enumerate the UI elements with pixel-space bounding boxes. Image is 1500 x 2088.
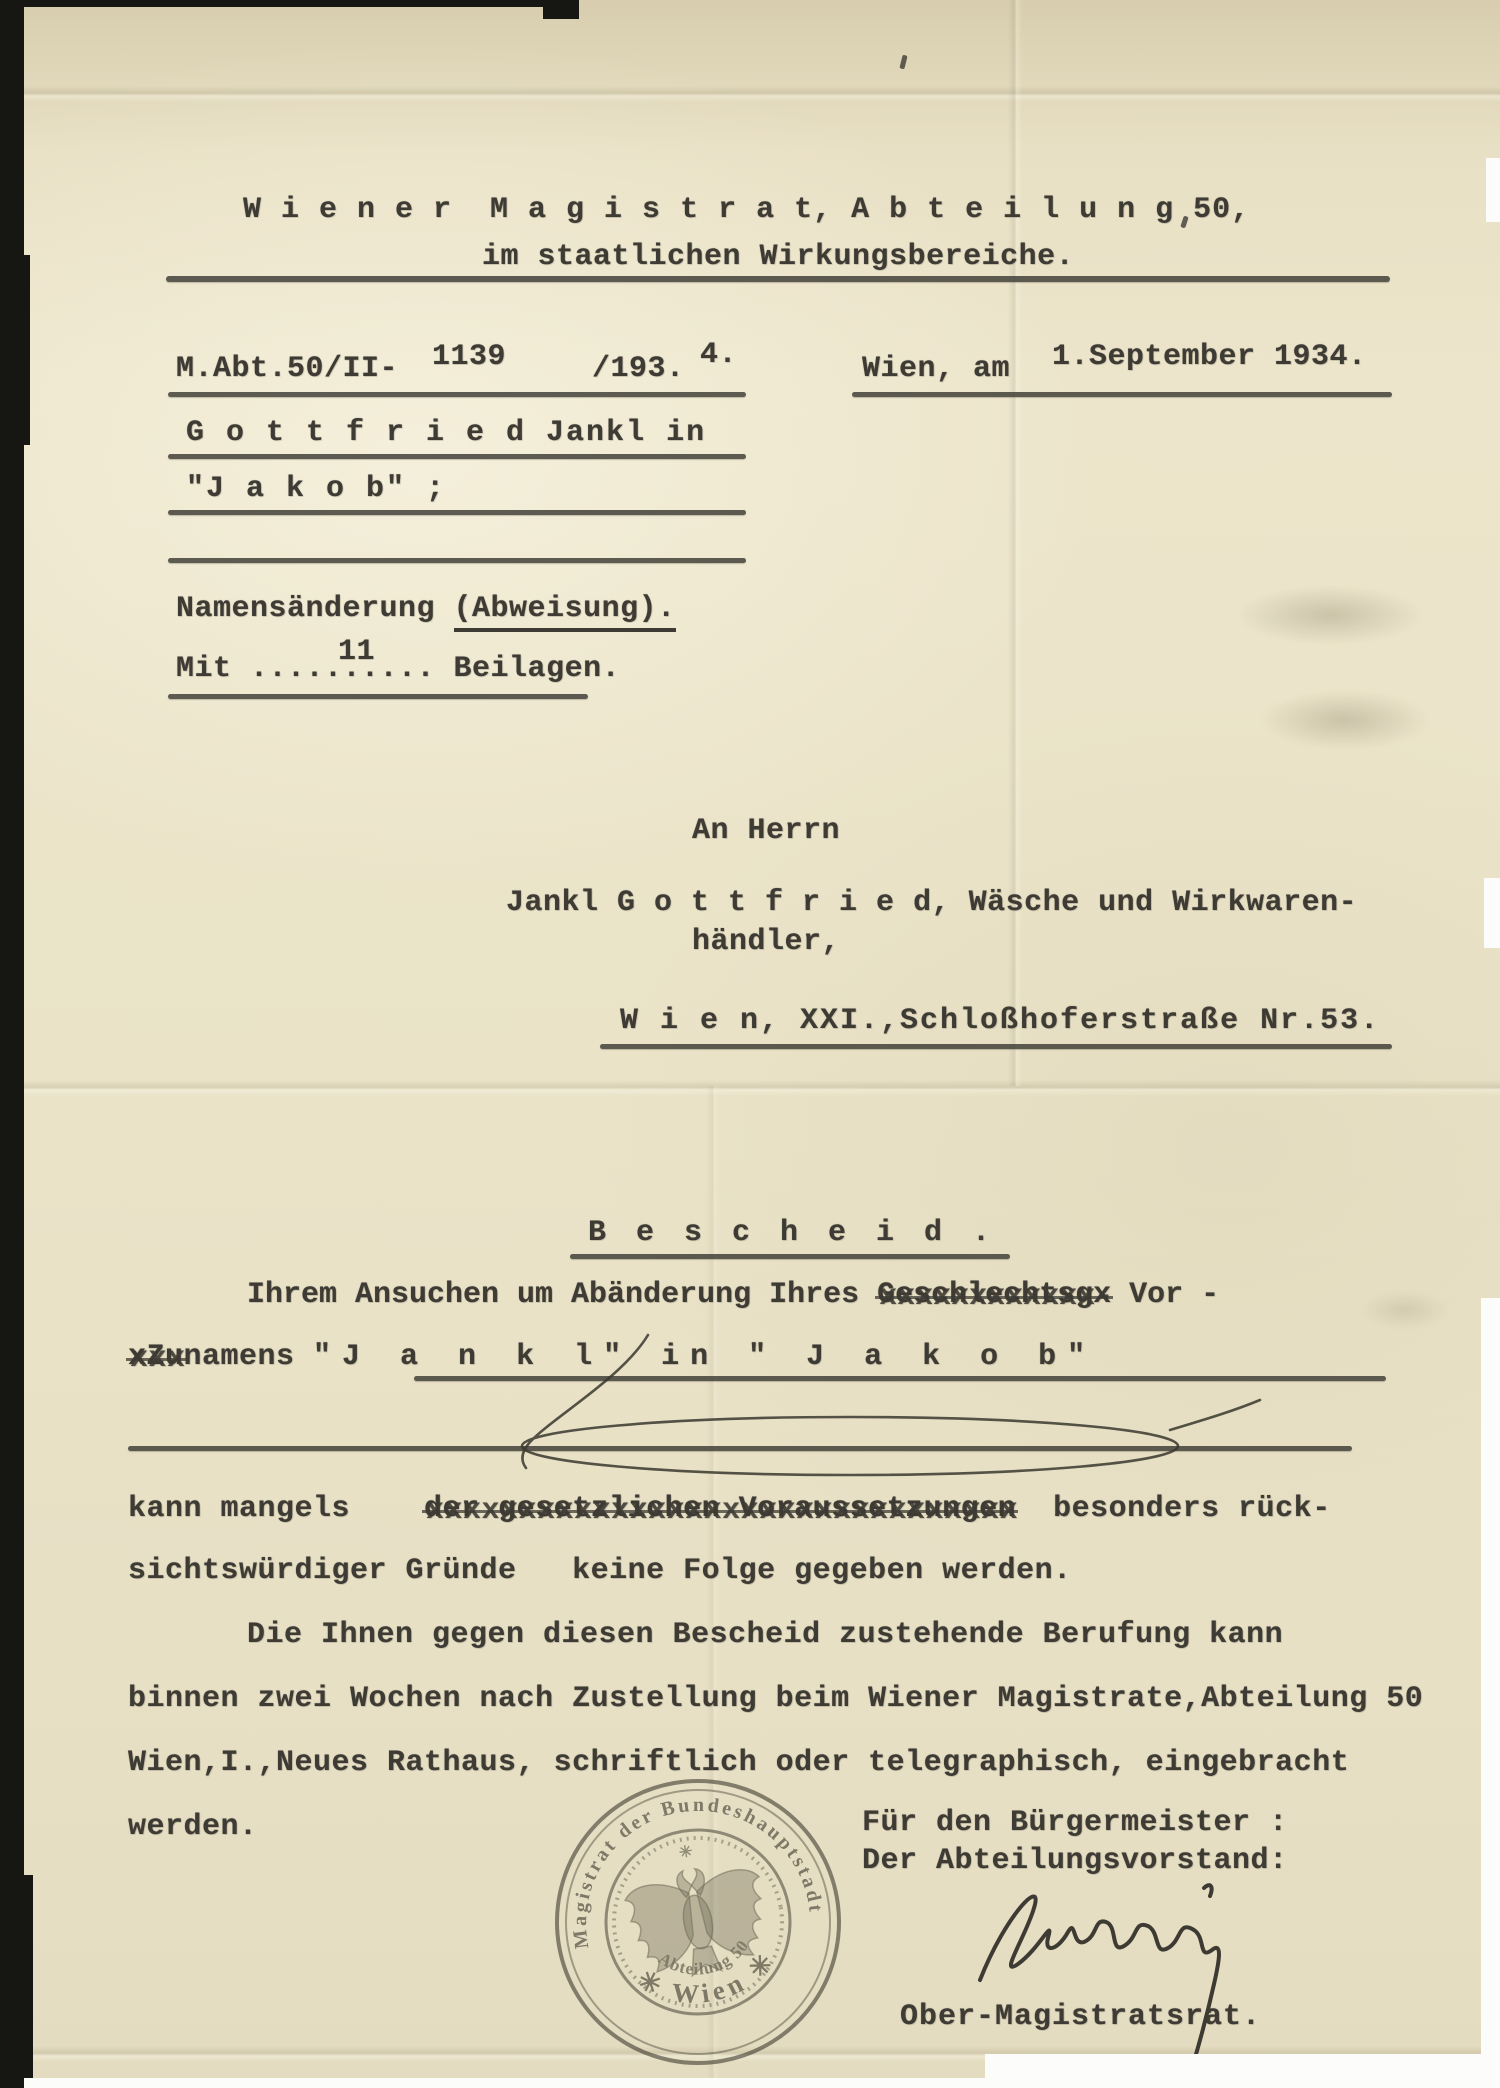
file-reference-year-digit: 4. — [700, 338, 737, 373]
ink-bleed-mark — [1260, 690, 1430, 750]
subject-name-line2: "J a k o b" ; — [186, 472, 446, 507]
letterhead-rule — [166, 276, 1390, 282]
scan-edge-right-gap — [1486, 158, 1500, 222]
subject-divider-rule — [168, 558, 746, 563]
signature — [958, 1862, 1278, 2077]
handwritten-oval-annotation — [480, 1318, 1270, 1518]
enclosures-suffix: Beilagen. — [435, 652, 620, 686]
recipient-occupation-line: händler, — [692, 925, 840, 960]
official-stamp: Magistrat der Bundeshauptstadt ✳ Wien ✳ … — [524, 1748, 872, 2088]
appeal-paragraph-line4: werden. — [128, 1810, 258, 1845]
annotation-oval-stroke — [522, 1417, 1178, 1475]
annotation-tail-stroke — [523, 1335, 648, 1468]
date-place-label: Wien, am — [862, 352, 1010, 387]
struck-word-geschlechts: Geschlechtsgxxxxxxxxxxxxx- — [877, 1278, 1111, 1313]
matter-label: Namensänderung — [176, 592, 454, 626]
stamp-top-star: ✳ — [678, 1843, 694, 1862]
file-reference-prefix: M.Abt.50/II- — [176, 352, 398, 387]
scan-edge-bottom-strip — [24, 2078, 985, 2088]
recipient-name-line: Jankl G o t t f r i e d, Wäsche und Wirk… — [506, 886, 1357, 921]
struck-prefix: xZuxxx — [128, 1340, 184, 1375]
scan-edge-bottom-corner — [985, 2054, 1500, 2088]
subject-underline-1 — [168, 454, 746, 459]
scan-edge-top — [0, 0, 560, 7]
enclosures-underline — [168, 694, 588, 699]
file-reference-year: /193. — [592, 352, 685, 387]
subject-underline-2 — [168, 510, 746, 515]
enclosures-prefix: Mit — [176, 652, 250, 686]
decision-title: B e s c h e i d . — [588, 1216, 996, 1251]
scan-shading — [0, 0, 1500, 150]
fold-crease-top — [0, 86, 1500, 102]
letterhead-line1: W i e n e r M a g i s t r a t, A b t e i… — [243, 193, 1250, 228]
decision-paragraph-2-line2: sichtswürdiger Gründe keine Folge gegebe… — [128, 1554, 1072, 1589]
scanned-document: W i e n e r M a g i s t r a t, A b t e i… — [0, 0, 1500, 2088]
struck-phrase-voraussetzungen: der gesetzlichen Voraussetzungenxxxxxxxx… — [424, 1492, 1016, 1527]
matter-decision-label: (Abweisung). — [454, 592, 676, 632]
enclosures-line: Mit ..........11 Beilagen. — [176, 652, 620, 687]
annotation-flick-stroke — [1170, 1400, 1260, 1430]
reference-underline — [168, 392, 746, 397]
appeal-paragraph-line2: binnen zwei Wochen nach Zustellung beim … — [128, 1682, 1423, 1717]
ink-bleed-mark — [1360, 1290, 1450, 1330]
enclosures-count: 11 — [338, 635, 375, 670]
fold-crease-middle — [0, 1080, 1500, 1096]
recipient-address-line: W i e n, XXI.,Schloßhoferstraße Nr.53. — [620, 1004, 1380, 1039]
letterhead-line2: im staatlichen Wirkungsbereiche. — [482, 240, 1074, 275]
subject-name-line1: G o t t f r i e d Jankl in — [186, 416, 706, 451]
scan-edge-left-blotch — [0, 1875, 33, 2088]
signature-flourish — [1204, 1885, 1212, 1896]
decision-paragraph-2-line1: kann mangels der gesetzlichen Voraussetz… — [128, 1492, 1331, 1527]
signature-stroke — [980, 1896, 1219, 2068]
fold-crease-vertical-top — [1008, 0, 1022, 1086]
scan-edge-right-strip — [1481, 1298, 1500, 2088]
appeal-paragraph-line1: Die Ihnen gegen diesen Bescheid zustehen… — [247, 1618, 1283, 1653]
date-value: 1.September 1934. — [1052, 340, 1367, 375]
decision-title-underline — [570, 1254, 1010, 1259]
ink-bleed-mark — [1235, 585, 1425, 645]
recipient-salutation: An Herrn — [692, 814, 840, 849]
enclosures-dots: ..........11 — [250, 652, 435, 687]
scan-edge-left-blotch — [0, 255, 30, 445]
scan-edge-top-notch — [543, 0, 579, 19]
address-underline — [600, 1044, 1392, 1049]
closing-authority-line1: Für den Bürgermeister : — [862, 1806, 1288, 1841]
matter-line: Namensänderung (Abweisung). — [176, 592, 676, 627]
signer-title: Ober-Magistratsrat. — [900, 2000, 1261, 2035]
decision-paragraph-1: Ihrem Ansuchen um Abänderung Ihres Gesch… — [247, 1278, 1219, 1313]
file-reference-number: 1139 — [432, 340, 506, 375]
scan-edge-right-gap — [1484, 878, 1500, 948]
date-underline — [852, 392, 1392, 397]
